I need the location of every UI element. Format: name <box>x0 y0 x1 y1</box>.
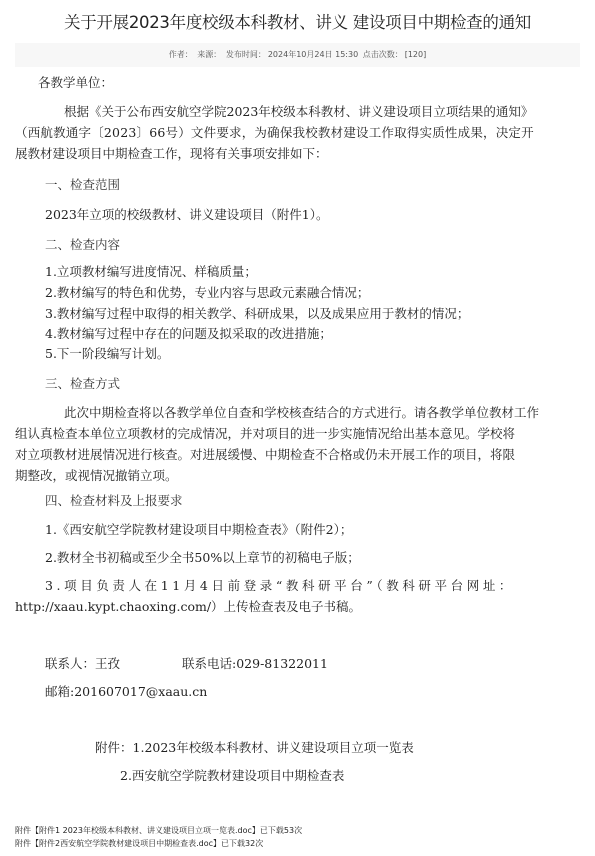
section-line: 2023年立项的校级教材、讲义建设项目（附件1）。 <box>45 205 329 223</box>
section-line: 此次中期检查将以各教学单位自查和学校核查结合的方式进行。请各教学单位教材工作 <box>64 403 539 421</box>
contact-phone-number: 029-81322011 <box>236 656 328 671</box>
section-line: http://xaau.kypt.chaoxing.com/）上传检查表及电子书… <box>15 597 361 615</box>
attachment-link-2[interactable]: 【附件2西安航空学院教材建设项目中期检查表.doc】 <box>31 839 221 848</box>
contact-person: 联系人：王孜 <box>45 654 120 672</box>
page-title: 关于开展2023年度校级本科教材、讲义 建设项目中期检查的通知 <box>0 9 595 33</box>
section-heading-method: 三、检查方式 <box>45 374 120 392</box>
section-line: 2.教材全书初稿或至少全书50%以上章节的初稿电子版； <box>45 548 360 566</box>
contact-person-name: 王孜 <box>95 656 120 671</box>
section-line: 对立项教材进展情况进行核查。对进展缓慢、中期检查不合格或仍未开展工作的项目，将限 <box>15 445 515 463</box>
attachments-note-label: 附件： <box>95 740 133 755</box>
section-line: 3.项目负责人在11月4日前登录“教科研平台”（教科研平台网址： <box>45 576 515 594</box>
attachment-row: 附件【附件2西安航空学院教材建设项目中期检查表.doc】已下载32次 <box>15 837 302 850</box>
attachment-row: 附件【附件1 2023年校级本科教材、讲义建设项目立项一览表.doc】已下载53… <box>15 824 302 837</box>
attachment-link-1[interactable]: 【附件1 2023年校级本科教材、讲义建设项目立项一览表.doc】 <box>31 826 260 835</box>
contact-person-label: 联系人： <box>45 656 95 671</box>
attachment-prefix: 附件 <box>15 826 31 835</box>
download-count: 已下载53次 <box>260 826 302 835</box>
article-meta-bar: 作者： 来源： 发布时间：2024年10月24日 15:30 点击次数：[120… <box>15 43 580 67</box>
contact-phone-label: 联系电话: <box>182 656 236 671</box>
click-count: [120] <box>405 50 427 59</box>
section-line: 4.教材编写过程中存在的问题及拟采取的改进措施； <box>45 324 332 342</box>
section-line: 2.教材编写的特色和优势，专业内容与思政元素融合情况； <box>45 283 369 301</box>
download-count: 已下载32次 <box>221 839 263 848</box>
section-heading-materials: 四、检查材料及上报要求 <box>45 491 183 509</box>
section-line: 5.下一阶段编写计划。 <box>45 344 169 362</box>
section-line: 3.教材编写过程中取得的相关教学、科研成果，以及成果应用于教材的情况； <box>45 304 469 322</box>
contact-phone: 联系电话:029-81322011 <box>182 654 328 672</box>
contact-email-label: 邮箱: <box>45 684 74 699</box>
intro-line: 根据《关于公布西安航空学院2023年校级本科教材、讲义建设项目立项结果的通知》 <box>64 102 533 120</box>
section-line: 1.《西安航空学院教材建设项目中期检查表》（附件2）； <box>45 520 352 538</box>
contact-email: 邮箱:201607017@xaau.cn <box>45 682 207 700</box>
intro-line: 展教材建设项目中期检查工作，现将有关事项安排如下： <box>15 144 328 162</box>
attachments-note-item: 2.西安航空学院教材建设项目中期检查表 <box>120 766 344 784</box>
section-line: 组认真检查本单位立项教材的完成情况，并对项目的进一步实施情况给出基本意见。学校将 <box>15 424 515 442</box>
source-label: 来源： <box>197 50 221 59</box>
publish-time: 2024年10月24日 15:30 <box>268 50 358 59</box>
attachment-prefix: 附件 <box>15 839 31 848</box>
salutation: 各教学单位： <box>38 73 113 91</box>
attachments-note-line-1: 附件：1.2023年校级本科教材、讲义建设项目立项一览表 <box>95 738 414 756</box>
contact-email-address: 201607017@xaau.cn <box>74 684 207 699</box>
publish-label: 发布时间： <box>226 50 266 59</box>
section-line: 期整改，或视情况撤销立项。 <box>15 466 178 484</box>
attachments-note-item: 1.2023年校级本科教材、讲义建设项目立项一览表 <box>133 740 414 755</box>
section-heading-scope: 一、检查范围 <box>45 175 120 193</box>
attachment-download-list: 附件【附件1 2023年校级本科教材、讲义建设项目立项一览表.doc】已下载53… <box>15 824 302 850</box>
intro-line: （西航教通字〔2023〕66号）文件要求，为确保我校教材建设工作取得实质性成果，… <box>15 123 534 141</box>
section-heading-content: 二、检查内容 <box>45 235 120 253</box>
clicks-label: 点击次数： <box>363 50 403 59</box>
author-label: 作者： <box>169 50 193 59</box>
section-line: 1.立项教材编写进度情况、样稿质量； <box>45 262 257 280</box>
